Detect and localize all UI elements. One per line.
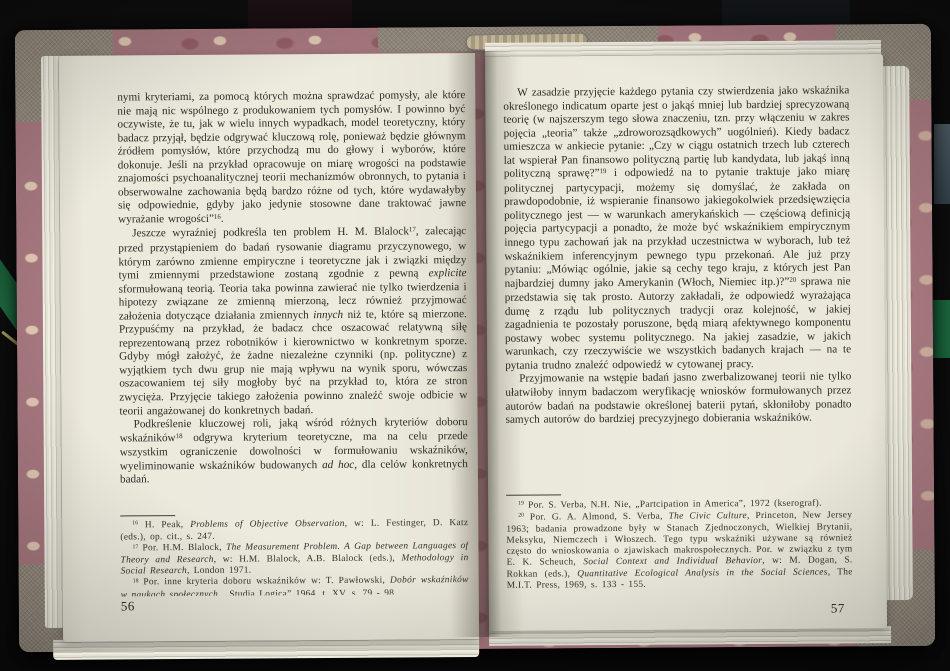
text-segment: niż te, które są mierzone. Przypuśćmy na… (119, 308, 468, 417)
text-segment: Por. inne kryteria doboru wskaźników w: … (138, 576, 390, 588)
text-segment: 16 (214, 213, 221, 221)
text-segment: 19 (518, 501, 524, 507)
open-book: nymi kryteriami, za pomocą których można… (15, 24, 935, 652)
text-segment: , w: H.M. Blalock, A.B. Blalock (eds.), (214, 554, 402, 565)
text-segment: H. Peak, (138, 520, 190, 530)
footnote: 16 H. Peak, Problems of Objective Observ… (120, 518, 468, 544)
page-number-right: 57 (507, 600, 845, 618)
text-segment: Social Context and Individual Behavior (583, 556, 762, 567)
page-number-left: 56 (121, 598, 135, 614)
text-segment: nymi kryteriami, za pomocą których można… (117, 89, 466, 225)
left-page-footnotes: 16 H. Peak, Problems of Objective Observ… (120, 518, 469, 596)
text-segment: i odpowiedź na to pytanie traktuje jako … (504, 166, 851, 290)
text-segment: 16 (132, 521, 138, 527)
text-segment: 19 (600, 167, 607, 175)
photo-backdrop: nymi kryteriami, za pomocą których można… (0, 0, 950, 671)
text-segment: Por. S. Verba, N.H. Nie, „Partcipation i… (524, 499, 822, 511)
text-segment: explicite (429, 267, 467, 279)
text-segment: Przyjmowanie na wstępie badań jasno zwer… (505, 371, 851, 426)
background-blue-object (934, 124, 950, 204)
text-segment: 18 (133, 578, 139, 584)
text-segment: The Civic Culture (669, 511, 747, 522)
text-segment: innych (313, 309, 343, 321)
text-segment: 17 (132, 544, 138, 550)
text-segment: , London 1971. (187, 566, 252, 576)
footnote: 17 Por. H.M. Blalock, The Measurement Pr… (120, 541, 468, 578)
paragraph: Jeszcze wyraźniej podkreśla ten problem … (118, 226, 467, 419)
text-segment: Por. H.M. Blalock, (138, 543, 226, 554)
text-segment: ad hoc (322, 459, 354, 471)
green-fabric-patch (933, 300, 950, 358)
text-segment: . (221, 213, 224, 225)
left-page-text: nymi kryteriami, za pomocą których można… (117, 89, 468, 517)
text-segment: Problems of Objective Observation (190, 519, 345, 530)
text-segment: Jeszcze wyraźniej podkreśla ten problem … (132, 226, 409, 240)
page-edges-right (883, 66, 913, 600)
footnote: 20 Por. G. A. Almond, S. Verba, The Civi… (506, 510, 853, 591)
paragraph: nymi kryteriami, za pomocą których można… (117, 89, 466, 228)
text-segment: sprawa nie przedstawia się tak prosto. A… (505, 275, 851, 372)
right-page-footnotes: 19 Por. S. Verba, N.H. Nie, „Partcipatio… (506, 498, 853, 600)
text-segment: 17 (409, 226, 416, 234)
footnote: 18 Por. inne kryteria doboru wskaźników … (121, 576, 469, 597)
text-segment: Por. G. A. Almond, S. Verba, (524, 512, 669, 523)
text-segment: 18 (176, 432, 183, 440)
text-segment: 20 (518, 513, 524, 519)
text-segment: Quantitative Ecological Analysis in the … (577, 567, 828, 579)
paragraph: W zasadzie przyjęcie każdego pytania czy… (503, 84, 851, 373)
right-page-text: W zasadzie przyjęcie każdego pytania czy… (503, 84, 852, 488)
text-segment: 20 (789, 275, 796, 283)
paragraph: Przyjmowanie na wstępie badań jasno zwer… (505, 371, 851, 428)
paragraph: Podkreślenie kluczowej roli, jaką wśród … (120, 416, 468, 487)
